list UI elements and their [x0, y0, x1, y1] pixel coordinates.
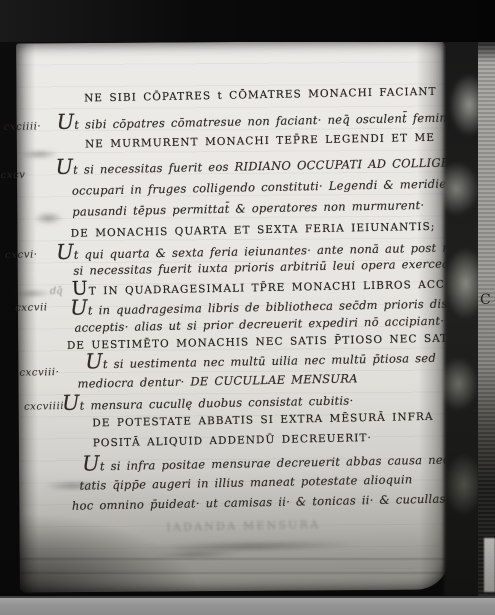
- manuscript-line: NE SIBI CŌPATRES t CŌMATRES MONACHI FACI…: [84, 86, 437, 105]
- enlarged-initial: U: [85, 349, 103, 373]
- chapter-number: cxcviii·: [19, 368, 59, 379]
- showthrough-text: IADANDA MENSURA: [166, 518, 320, 534]
- manuscript-line: Ut si uestimenta nec multū uilia nec mul…: [85, 350, 436, 373]
- manuscript-line: UT IN QUADRAGESIMALI TP̄RE MONACHI LIBRO…: [72, 276, 483, 298]
- manuscript-line: acceptis· alias ut si prior decreuerit e…: [74, 315, 444, 336]
- manuscript-line: Ut sibi cōpatres cōmatresue non faciant·…: [56, 109, 460, 133]
- chapter-number: cxcvi·: [5, 250, 38, 261]
- enlarged-initial: U: [62, 391, 80, 415]
- enlarged-initial: U: [56, 110, 74, 134]
- manuscript-line: hoc omnino p̄uideat· ut camisas ii· & to…: [72, 493, 446, 514]
- stack-light-patch: [484, 538, 495, 592]
- manuscript-line: DE MONACHIS QUARTA ET SEXTA FERIA IEIUNA…: [71, 221, 436, 241]
- leaf-fore-edge: [444, 38, 480, 596]
- top-shadow: [0, 0, 495, 42]
- chapter-number: cxcv: [1, 171, 26, 181]
- manuscript-line: Ut mensura cucullę duobus consistat cubi…: [62, 392, 354, 413]
- enlarged-initial: U: [70, 295, 88, 319]
- stack-letter-mark: C: [480, 292, 491, 308]
- manuscript-line: tatis q̄ipp̄e augeri in illius maneat po…: [79, 473, 412, 493]
- enlarged-initial: U: [82, 451, 100, 475]
- page-stack-edge: C: [478, 40, 495, 596]
- text-layer: NE SIBI CŌPATRES t CŌMATRES MONACHI FACI…: [0, 0, 495, 615]
- chapter-number: cxcvii: [15, 303, 48, 314]
- enlarged-initial: U: [55, 155, 73, 179]
- manuscript-line: mediocra dentur· DE CUCULLAE MENSURA: [77, 372, 357, 391]
- manuscript-line: occupari in fruges colligendo constituti…: [72, 177, 464, 198]
- manuscript-line: NE MURMURENT MONACHI TEP̄RE LEGENDI ET M…: [85, 132, 435, 151]
- ink-smudge: [6, 288, 58, 299]
- enlarged-initial: U: [56, 240, 74, 264]
- manuscript-line: Ut si infra positae mensurae decreuerit …: [82, 451, 473, 474]
- manuscript-line: pausandi tēpus permittat̄ & operatores n…: [72, 199, 424, 220]
- manuscript-line: DE POTESTATE ABBATIS SI EXTRA MĒSURĀ INF…: [92, 411, 433, 430]
- chapter-number: cxcviiii: [24, 402, 64, 413]
- manuscript-photo: NE SIBI CŌPATRES t CŌMATRES MONACHI FACI…: [0, 0, 495, 615]
- bottom-gray-band: [0, 596, 495, 615]
- chapter-number: cxciiii·: [4, 122, 42, 133]
- manuscript-line: POSITĀ ALIQUID ADDENDŪ DECREUERIT·: [93, 432, 372, 450]
- manuscript-line: Ut si necessitas fuerit eos RIDIANO OCCU…: [55, 154, 478, 178]
- ink-smudge: [28, 210, 68, 227]
